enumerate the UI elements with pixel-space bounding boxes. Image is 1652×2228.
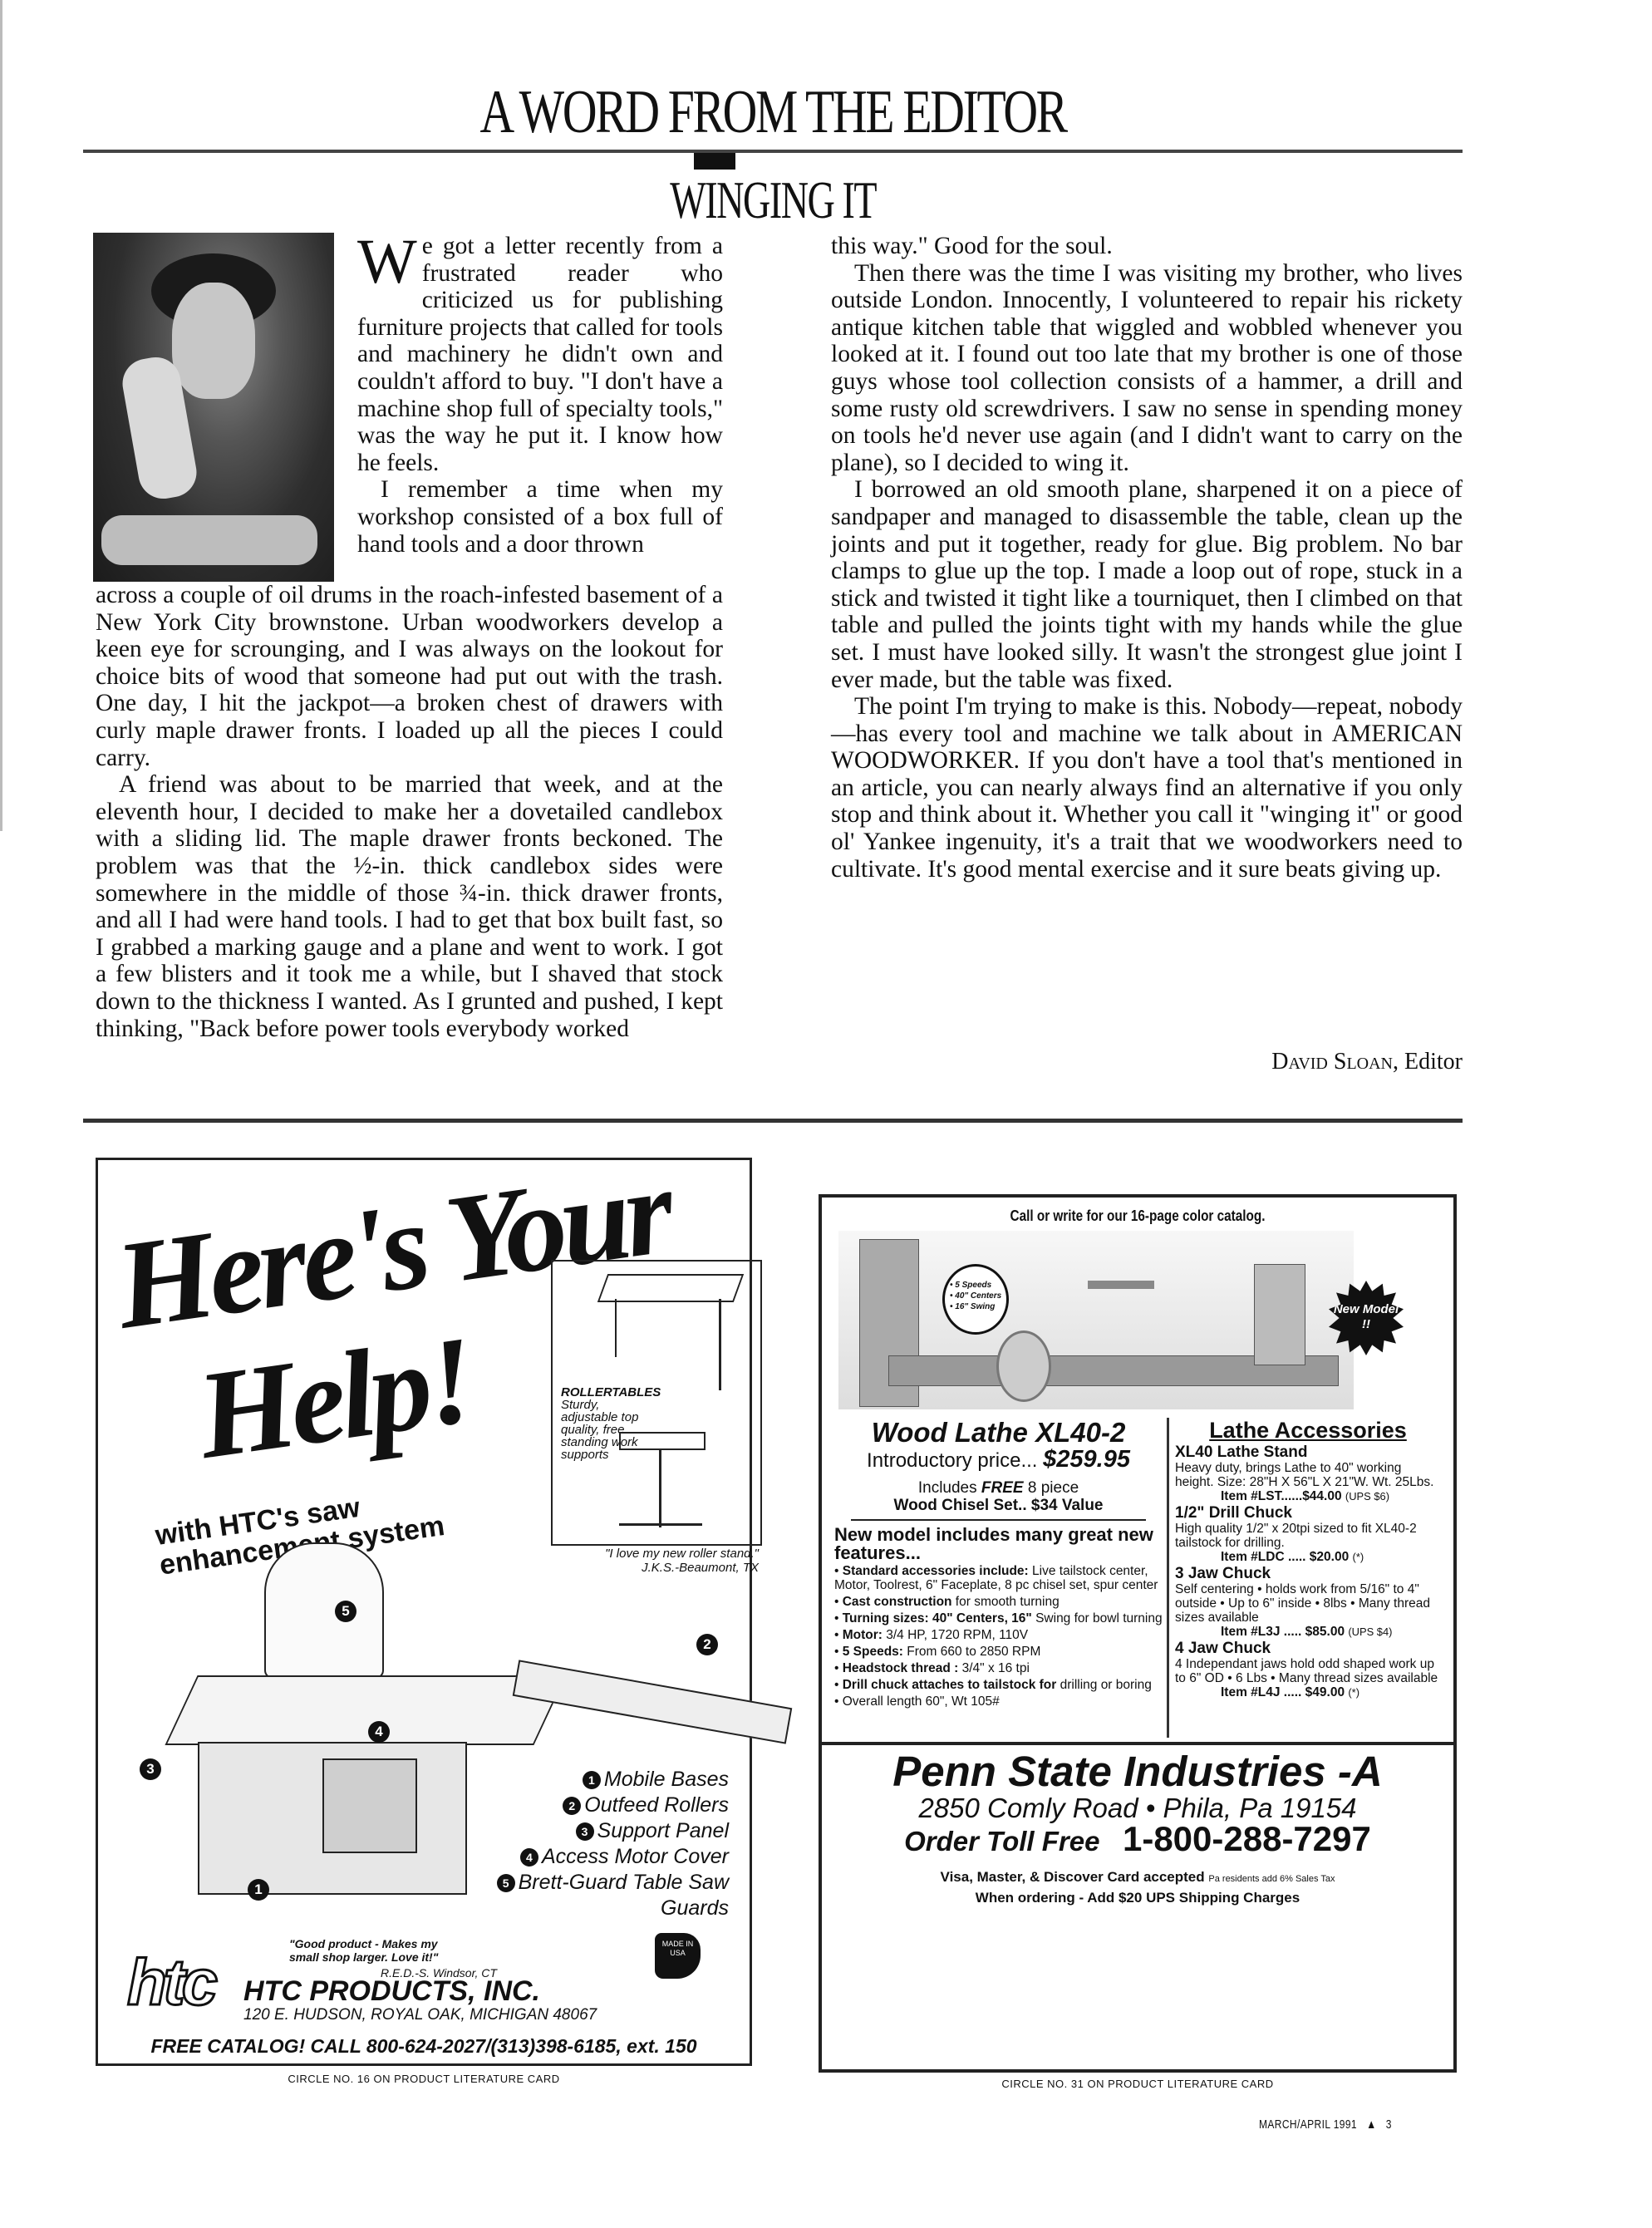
feature-bold: Headstock thread : bbox=[843, 1661, 959, 1675]
sales-tax-note: Pa residents add 6% Sales Tax bbox=[1208, 1874, 1335, 1884]
motor-cover bbox=[322, 1758, 417, 1853]
column-divider bbox=[1167, 1418, 1169, 1738]
feature-item: 1Mobile Bases bbox=[455, 1767, 729, 1793]
feature-number: 3 bbox=[576, 1822, 594, 1841]
article-paragraph: We got a letter recently from a frustrat… bbox=[357, 233, 723, 476]
article-title-wrap: WINGING IT bbox=[83, 173, 1463, 228]
made-in-usa-icon: MADE IN USA bbox=[655, 1933, 701, 1979]
accessory-price-line: Item #L3J ..... $85.00 (UPS $4) bbox=[1175, 1625, 1441, 1639]
psi-catalog-header: Call or write for our 16-page color cata… bbox=[869, 1207, 1406, 1225]
htc-address: 120 E. HUDSON, ROYAL OAK, MICHIGAN 48067 bbox=[243, 2006, 597, 2024]
accessory-shipping: (*) bbox=[1348, 1686, 1359, 1699]
article-paragraph: Then there was the time I was visiting m… bbox=[831, 260, 1463, 477]
editor-title: , Editor bbox=[1393, 1049, 1463, 1075]
feature-bold: Motor: bbox=[843, 1628, 883, 1642]
psi-circle-number: CIRCLE NO. 31 ON PRODUCT LITERATURE CARD bbox=[819, 2078, 1457, 2090]
photo-arms bbox=[101, 515, 317, 565]
lathe-feature: 5 Speeds: From 660 to 2850 RPM bbox=[834, 1645, 1163, 1659]
section-divider bbox=[83, 1119, 1463, 1123]
lathe-feature: Drill chuck attaches to tailstock for dr… bbox=[834, 1678, 1163, 1692]
htc-testimonial: "Good product - Makes my small shop larg… bbox=[289, 1937, 464, 1964]
feature-text: for smooth turning bbox=[952, 1595, 1060, 1609]
feature-list: 1Mobile Bases 2Outfeed Rollers 3Support … bbox=[455, 1767, 729, 1921]
accessory-price-line: Item #L4J ..... $49.00 (*) bbox=[1175, 1685, 1441, 1699]
roller-stand-post bbox=[659, 1448, 661, 1527]
feature-label: Support Panel bbox=[597, 1819, 729, 1842]
psi-company-name: Penn State Industries -A bbox=[822, 1750, 1453, 1793]
roller-leg bbox=[615, 1299, 617, 1357]
feature-bold: 5 Speeds: bbox=[843, 1645, 903, 1659]
outfeed-rollers bbox=[513, 1660, 793, 1744]
feature-text: drilling or boring bbox=[1056, 1678, 1152, 1692]
accessory-price-line: Item #LST......$44.00 (UPS $6) bbox=[1175, 1489, 1441, 1503]
rollertable-illustration: ROLLERTABLES Sturdy, adjustable top qual… bbox=[551, 1260, 762, 1546]
lathe-product-column: Wood Lathe XL40-2 Introductory price... … bbox=[834, 1418, 1163, 1711]
feature-item: 4Access Motor Cover bbox=[455, 1844, 729, 1870]
feature-bold: Standard accessories include: bbox=[843, 1564, 1029, 1578]
lathe-feature: Headstock thread : 3/4" x 16 tpi bbox=[834, 1661, 1163, 1675]
article-paragraph: A friend was about to be married that we… bbox=[96, 771, 723, 1042]
lathe-feature: Standard accessories include: Live tails… bbox=[834, 1564, 1163, 1592]
drop-cap: W bbox=[357, 236, 417, 288]
article-paragraph: across a couple of oil drums in the roac… bbox=[96, 582, 723, 771]
feature-item: 2Outfeed Rollers bbox=[455, 1793, 729, 1818]
roller-testimonial: "I love my new roller stand." J.K.S.-Bea… bbox=[551, 1547, 759, 1575]
feature-label: Mobile Bases bbox=[604, 1768, 729, 1791]
accessories-title: Lathe Accessories bbox=[1175, 1418, 1441, 1443]
accessory-desc: Heavy duty, brings Lathe to 40" working … bbox=[1175, 1461, 1441, 1489]
accessory-item: 4 Jaw Chuck 4 Independant jaws hold odd … bbox=[1175, 1640, 1441, 1699]
psi-phone[interactable]: 1-800-288-7297 bbox=[1123, 1819, 1371, 1858]
editor-signature: David Sloan, Editor bbox=[831, 1049, 1463, 1075]
feature-bold: Turning sizes: 40" Centers, 16" bbox=[843, 1611, 1032, 1626]
callout-3: 3 bbox=[140, 1758, 161, 1780]
psi-shipping: When ordering - Add $20 UPS Shipping Cha… bbox=[822, 1890, 1453, 1906]
photo-face bbox=[172, 283, 255, 399]
lathe-price: Introductory price... $259.95 bbox=[834, 1448, 1163, 1473]
callout-4: 4 bbox=[368, 1721, 390, 1743]
psi-payment: Visa, Master, & Discover Card accepted P… bbox=[822, 1869, 1453, 1886]
spec-line: • 16" Swing bbox=[950, 1301, 1006, 1312]
penn-state-advertisement[interactable]: Call or write for our 16-page color cata… bbox=[819, 1194, 1457, 2073]
lathe-model-name: Wood Lathe XL40-2 bbox=[834, 1418, 1163, 1448]
callout-2: 2 bbox=[696, 1634, 718, 1655]
page-number: 3 bbox=[1386, 2117, 1392, 2132]
new-model-heading: New model includes many great new featur… bbox=[834, 1526, 1163, 1562]
feature-number: 2 bbox=[563, 1797, 581, 1815]
feature-bold: Drill chuck attaches to tailstock for bbox=[843, 1678, 1057, 1692]
article-column-1-bottom: across a couple of oil drums in the roac… bbox=[96, 582, 723, 1042]
triangle-icon: ▲ bbox=[1366, 2117, 1376, 2132]
spec-line: • 5 Speeds bbox=[950, 1280, 1006, 1291]
free-post: 8 piece bbox=[1024, 1479, 1079, 1497]
editor-name: David Sloan bbox=[1271, 1049, 1393, 1075]
feature-item: 5Brett-Guard Table Saw Guards bbox=[455, 1870, 729, 1921]
accessory-name: 3 Jaw Chuck bbox=[1175, 1566, 1441, 1582]
accessory-price-line: Item #LDC ..... $20.00 (*) bbox=[1175, 1550, 1441, 1564]
feature-label: Access Motor Cover bbox=[542, 1845, 729, 1868]
lathe-faceplate bbox=[996, 1330, 1051, 1402]
spec-line: • 40" Centers bbox=[950, 1291, 1006, 1301]
roller-leg bbox=[719, 1299, 721, 1390]
order-label: Order Toll Free bbox=[904, 1826, 1099, 1857]
lathe-feature: Overall length 60", Wt 105# bbox=[834, 1694, 1163, 1709]
psi-order-line: Order Toll Free 1-800-288-7297 bbox=[822, 1822, 1453, 1858]
roller-quote-text: "I love my new roller stand." bbox=[551, 1547, 759, 1561]
roller-stand-top bbox=[619, 1432, 706, 1450]
htc-circle-number: CIRCLE NO. 16 ON PRODUCT LITERATURE CARD bbox=[96, 2073, 752, 2085]
feature-text: From 660 to 2850 RPM bbox=[903, 1645, 1040, 1659]
article-column-2: this way." Good for the soul. Then there… bbox=[831, 233, 1463, 883]
accessory-price: Item #LST......$44.00 bbox=[1221, 1489, 1342, 1503]
price-label: Introductory price... bbox=[867, 1449, 1037, 1472]
article-paragraph: The point I'm trying to make is this. No… bbox=[831, 693, 1463, 883]
editor-photo bbox=[93, 233, 334, 582]
article-paragraph: this way." Good for the soul. bbox=[831, 233, 1463, 260]
feature-item: 3Support Panel bbox=[455, 1818, 729, 1844]
page-edge bbox=[0, 0, 2, 831]
cards-accepted: Visa, Master, & Discover Card accepted bbox=[941, 1869, 1205, 1885]
roller-stand-base bbox=[619, 1523, 702, 1526]
accessory-price: Item #L4J ..... $49.00 bbox=[1221, 1685, 1345, 1699]
free-pre: Includes bbox=[918, 1479, 981, 1497]
page-folio: MARCH/APRIL 1991 ▲ 3 bbox=[1259, 2117, 1392, 2132]
saw-tabletop bbox=[165, 1675, 566, 1745]
feature-number: 1 bbox=[583, 1771, 601, 1789]
htc-advertisement[interactable]: Here's Your Help! with HTC's saw enhance… bbox=[96, 1158, 752, 2066]
accessory-item: XL40 Lathe Stand Heavy duty, brings Lath… bbox=[1175, 1444, 1441, 1503]
accessory-item: 3 Jaw Chuck Self centering • holds work … bbox=[1175, 1566, 1441, 1639]
accessory-shipping: (UPS $6) bbox=[1345, 1490, 1389, 1503]
lathe-feature-list: Standard accessories include: Live tails… bbox=[834, 1564, 1163, 1709]
accessory-desc: High quality 1/2" x 20tpi sized to fit X… bbox=[1175, 1522, 1441, 1550]
free-emphasis: FREE bbox=[981, 1479, 1024, 1497]
psi-contact-divider bbox=[822, 1742, 1453, 1745]
article-title: WINGING IT bbox=[670, 173, 876, 228]
accessories-column: Lathe Accessories XL40 Lathe Stand Heavy… bbox=[1175, 1418, 1441, 1699]
price-value: $259.95 bbox=[1043, 1446, 1130, 1473]
htc-company-name: HTC PRODUCTS, INC. bbox=[243, 1976, 540, 2006]
callout-1: 1 bbox=[248, 1879, 269, 1901]
htc-catalog-phone: FREE CATALOG! CALL 800-624-2027/(313)398… bbox=[98, 2035, 750, 2058]
accessory-shipping: (UPS $4) bbox=[1348, 1626, 1392, 1638]
feature-number: 5 bbox=[497, 1874, 515, 1892]
lathe-feature: Motor: 3/4 HP, 1720 RPM, 110V bbox=[834, 1628, 1163, 1642]
accessory-desc: 4 Independant jaws hold odd shaped work … bbox=[1175, 1657, 1441, 1685]
feature-text: Overall length 60", Wt 105# bbox=[843, 1694, 1000, 1709]
issue-date: MARCH/APRIL 1991 bbox=[1259, 2117, 1357, 2132]
accessory-shipping: (*) bbox=[1353, 1551, 1364, 1563]
lathe-feature: Cast construction for smooth turning bbox=[834, 1595, 1163, 1609]
spec-circle-badge: • 5 Speeds • 40" Centers • 16" Swing bbox=[942, 1264, 1009, 1335]
accessory-desc: Self centering • holds work from 5/16" t… bbox=[1175, 1582, 1441, 1625]
lathe-tailstock bbox=[1254, 1264, 1305, 1365]
article-paragraph: I borrowed an old smooth plane, sharpene… bbox=[831, 476, 1463, 693]
section-title: A WORD FROM THE EDITOR bbox=[479, 79, 1065, 145]
free-chisel-offer: Includes FREE 8 piece Wood Chisel Set.. … bbox=[851, 1479, 1146, 1521]
roller-quote-attr: J.K.S.-Beaumont, TX bbox=[551, 1561, 759, 1575]
header-rule-block bbox=[694, 153, 735, 170]
rollertables-desc: Sturdy, adjustable top quality, free sta… bbox=[561, 1399, 652, 1461]
feature-label: Outfeed Rollers bbox=[584, 1793, 729, 1817]
feature-text: Swing for bowl turning bbox=[1032, 1611, 1163, 1626]
accessory-name: XL40 Lathe Stand bbox=[1175, 1444, 1441, 1461]
masthead: A WORD FROM THE EDITOR bbox=[83, 79, 1463, 145]
header-rule bbox=[83, 150, 1463, 153]
callout-5: 5 bbox=[335, 1601, 356, 1622]
feature-label: Brett-Guard Table Saw Guards bbox=[519, 1871, 729, 1920]
htc-logo-icon: htc bbox=[127, 1950, 235, 2014]
accessory-name: 1/2" Drill Chuck bbox=[1175, 1505, 1441, 1522]
feature-text: 3/4" x 16 tpi bbox=[958, 1661, 1030, 1675]
article-paragraph: I remember a time when my workshop consi… bbox=[357, 476, 723, 558]
accessory-price: Item #L3J ..... $85.00 bbox=[1221, 1625, 1345, 1639]
feature-bold: Cast construction bbox=[843, 1595, 952, 1609]
accessory-name: 4 Jaw Chuck bbox=[1175, 1640, 1441, 1657]
free-value: Wood Chisel Set.. $34 Value bbox=[893, 1497, 1103, 1514]
article-column-1-top: We got a letter recently from a frustrat… bbox=[357, 233, 723, 558]
feature-number: 4 bbox=[520, 1848, 538, 1867]
roller-table-top bbox=[597, 1274, 744, 1302]
lathe-feature: Turning sizes: 40" Centers, 16" Swing fo… bbox=[834, 1611, 1163, 1626]
operator-figure bbox=[264, 1542, 384, 1679]
accessory-item: 1/2" Drill Chuck High quality 1/2" x 20t… bbox=[1175, 1505, 1441, 1564]
accessory-price: Item #LDC ..... $20.00 bbox=[1221, 1550, 1349, 1564]
lathe-toolrest bbox=[1088, 1281, 1154, 1289]
feature-text: 3/4 HP, 1720 RPM, 110V bbox=[883, 1628, 1028, 1642]
lathe-photo: • 5 Speeds • 40" Centers • 16" Swing bbox=[838, 1231, 1354, 1409]
